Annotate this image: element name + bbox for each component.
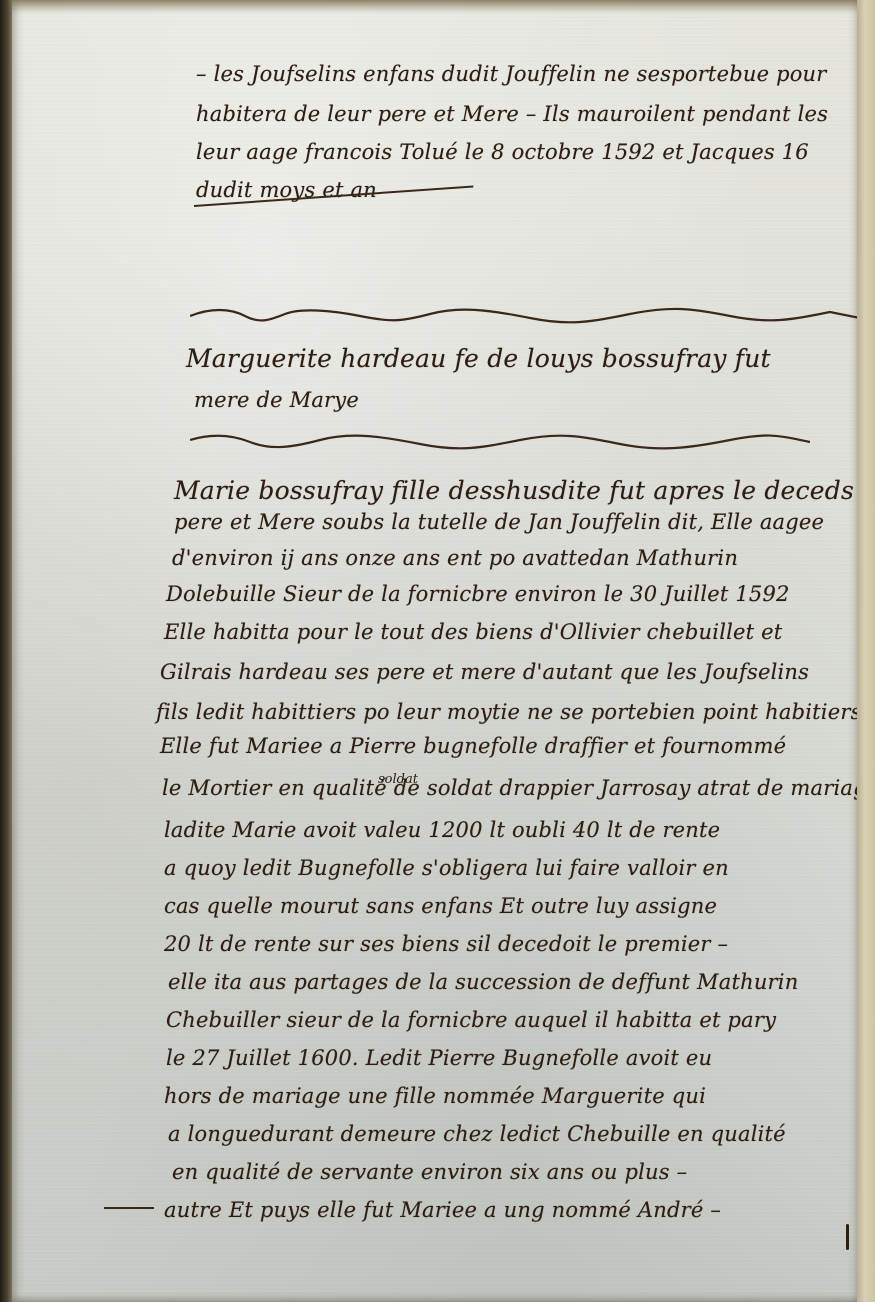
entry-3-line-5: Elle habitta pour le tout des biens d'Ol…: [164, 620, 782, 644]
page-edge-right: [857, 0, 875, 1302]
entry-3-line-20: autre Et puys elle fut Mariee a ung nomm…: [164, 1198, 721, 1222]
entry-3-line-8: Elle fut Mariee a Pierre bugnefolle draf…: [160, 734, 786, 758]
entry-3-line-4: Dolebuille Sieur de la fornicbre environ…: [166, 582, 790, 606]
entry-3-line-14: elle ita aus partages de la succession d…: [168, 970, 798, 994]
entry-3-line-13: 20 lt de rente sur ses biens sil decedoi…: [164, 932, 728, 956]
manuscript-page: – les Joufselins enfans dudit Jouffelin …: [8, 0, 860, 1302]
top-edge-shadow: [12, 0, 857, 14]
heading-line-1: Marguerite hardeau fe de louys bossufray…: [186, 344, 771, 373]
binding-spine: [0, 0, 12, 1302]
entry-3-line-19: en qualité de servante environ six ans o…: [172, 1160, 687, 1184]
entry-3-line-2: pere et Mere soubs la tutelle de Jan Jou…: [174, 510, 824, 534]
entry-3-line-9: le Mortier en qualité de soldat drappier…: [162, 776, 875, 800]
entry-1-line-2: habitera de leur pere et Mere – Ils maur…: [196, 102, 828, 126]
entry-3-line-16: le 27 Juillet 1600. Ledit Pierre Bugnefo…: [166, 1046, 712, 1070]
entry-3-line-7: fils ledit habittiers po leur moytie ne …: [156, 700, 862, 724]
wavy-rule-top: [190, 306, 860, 320]
wavy-rule-bottom: [190, 432, 810, 446]
entry-3-line-15: Chebuiller sieur de la fornicbre auquel …: [166, 1008, 776, 1032]
entry-3-line-6: Gilrais hardeau ses pere et mere d'autan…: [160, 660, 809, 684]
entry-3-line-17: hors de mariage une fille nommée Marguer…: [164, 1084, 706, 1108]
entry-3-line-18: a longuedurant demeure chez ledict Chebu…: [168, 1122, 786, 1146]
entry-1-line-1: – les Joufselins enfans dudit Jouffelin …: [196, 62, 827, 86]
heading-line-2: mere de Marye: [194, 388, 359, 412]
entry-3-line-10: ladite Marie avoit valeu 1200 lt oubli 4…: [164, 818, 720, 842]
entry-1-line-3: leur aage francois Tolué le 8 octobre 15…: [196, 140, 809, 164]
entry-3-line-11: a quoy ledit Bugnefolle s'obligera lui f…: [164, 856, 729, 880]
margin-mark: [846, 1224, 849, 1250]
entry-3-line-3: d'environ ij ans onze ans ent po avatted…: [172, 546, 738, 570]
margin-dash: [104, 1207, 154, 1209]
entry-3-line-12: cas quelle mourut sans enfans Et outre l…: [164, 894, 717, 918]
entry-3-line-1: Marie bossufray fille desshusdite fut ap…: [174, 476, 875, 505]
manuscript-photo: – les Joufselins enfans dudit Jouffelin …: [0, 0, 875, 1302]
